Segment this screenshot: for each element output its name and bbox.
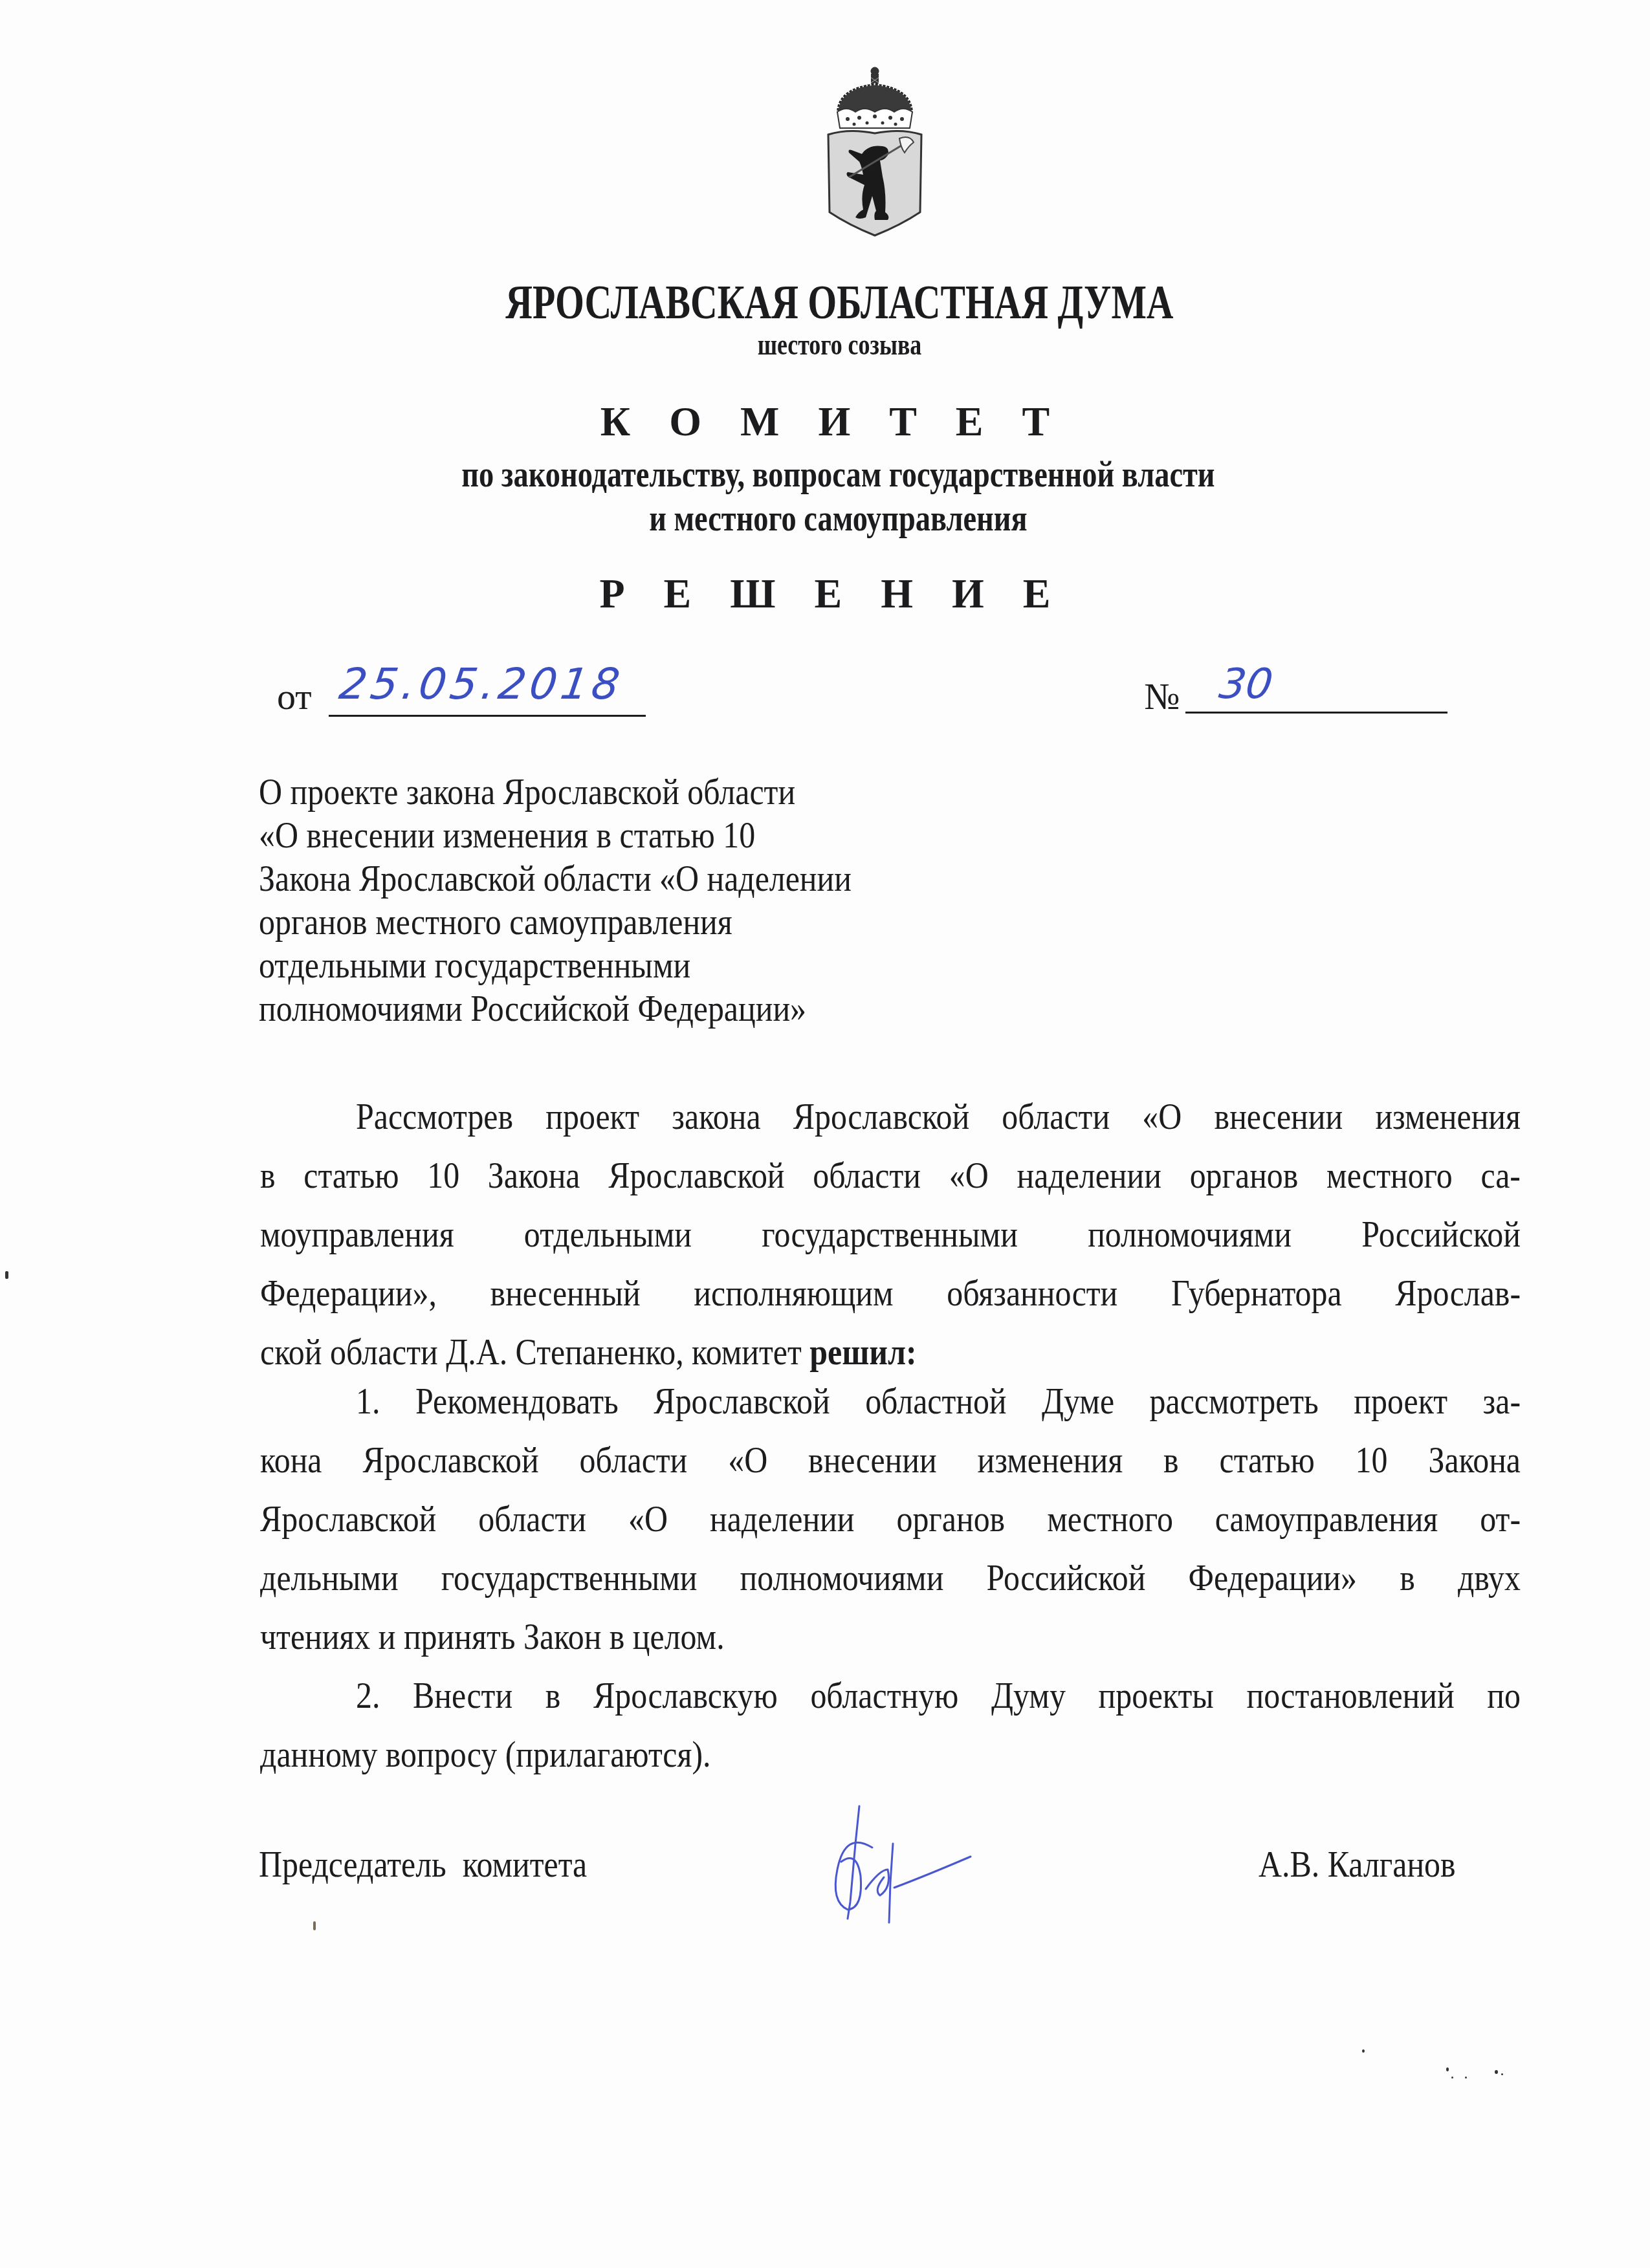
preamble-line: в статью 10 Закона Ярославской области «… <box>260 1146 1521 1205</box>
resolution-items: 1. Рекомендовать Ярославской областной Д… <box>260 1371 1521 1783</box>
subject-line: Закона Ярославской области «О наделении <box>259 856 927 900</box>
scan-speck <box>1362 2049 1365 2053</box>
subject-line: полномочиями Российской Федерации» <box>259 987 927 1030</box>
resolution-item-1-line: дельными государственными полномочиями Р… <box>260 1548 1521 1607</box>
handwritten-signature <box>783 1805 1055 1934</box>
date-label: от <box>277 676 312 717</box>
preamble-line: Федерации», внесенный исполняющим обязан… <box>260 1263 1521 1322</box>
number-underline <box>1185 712 1447 714</box>
number-value-handwritten: 30 <box>1216 659 1276 710</box>
coat-of-arms-icon <box>823 63 927 238</box>
preamble-line: Рассмотрев проект закона Ярославской обл… <box>356 1087 1521 1146</box>
resolution-item-1-line: 1. Рекомендовать Ярославской областной Д… <box>356 1371 1521 1430</box>
organization-title: ЯРОСЛАВСКАЯ ОБЛАСТНАЯ ДУМА <box>196 277 1483 329</box>
convocation-subtitle: шестого созыва <box>196 329 1483 361</box>
scan-speck <box>313 1921 316 1930</box>
scan-speck <box>5 1271 8 1279</box>
subject-line: отдельными государственными <box>259 943 927 987</box>
subject-line: «О внесении изменения в статью 10 <box>259 813 927 856</box>
signatory-name: А.В. Калганов <box>1259 1844 1456 1885</box>
document-page: ЯРОСЛАВСКАЯ ОБЛАСТНАЯ ДУМА шестого созыв… <box>0 0 1650 2268</box>
scan-speck <box>1465 2077 1467 2078</box>
number-label: № <box>1144 676 1180 717</box>
subject-line: органов местного самоуправления <box>259 900 927 943</box>
document-subject: О проекте закона Ярославской области «О … <box>259 770 1035 1030</box>
resolution-item-1-line: чтениях и принять Закон в целом. <box>260 1607 1521 1666</box>
decided-keyword: решил: <box>809 1331 916 1373</box>
resolution-item-2-line: 2. Внести в Ярославскую областную Думу п… <box>356 1666 1521 1725</box>
document-type-heading: Р Е Ш Е Н И Е <box>0 571 1650 616</box>
subject-line: О проекте закона Ярославской области <box>259 770 927 813</box>
committee-description-line-2: и местного самоуправления <box>178 498 1498 538</box>
scan-speck <box>1451 2077 1453 2078</box>
resolution-item-1-line: кона Ярославской области «О внесении изм… <box>260 1430 1521 1489</box>
preamble-line: моуправления отдельными государственными… <box>260 1205 1521 1263</box>
committee-description-line-1: по законодательству, вопросам государств… <box>178 454 1498 494</box>
resolution-item-2-line: данному вопросу (прилагаются). <box>260 1725 1521 1783</box>
scan-speck <box>1501 2073 1503 2075</box>
date-underline <box>329 715 646 717</box>
signatory-position: Председатель комитета <box>259 1844 587 1885</box>
resolution-item-1-line: Ярославской области «О наделении органов… <box>260 1489 1521 1548</box>
date-value-handwritten: 25.05.2018 <box>336 659 626 710</box>
committee-heading: К О М И Т Е Т <box>0 399 1650 444</box>
preamble-line: ской области Д.А. Степаненко, комитет <box>260 1331 809 1373</box>
scan-speck <box>1446 2067 1449 2071</box>
preamble-paragraph: Рассмотрев проект закона Ярославской обл… <box>260 1087 1521 1381</box>
scan-speck <box>1495 2070 1498 2074</box>
